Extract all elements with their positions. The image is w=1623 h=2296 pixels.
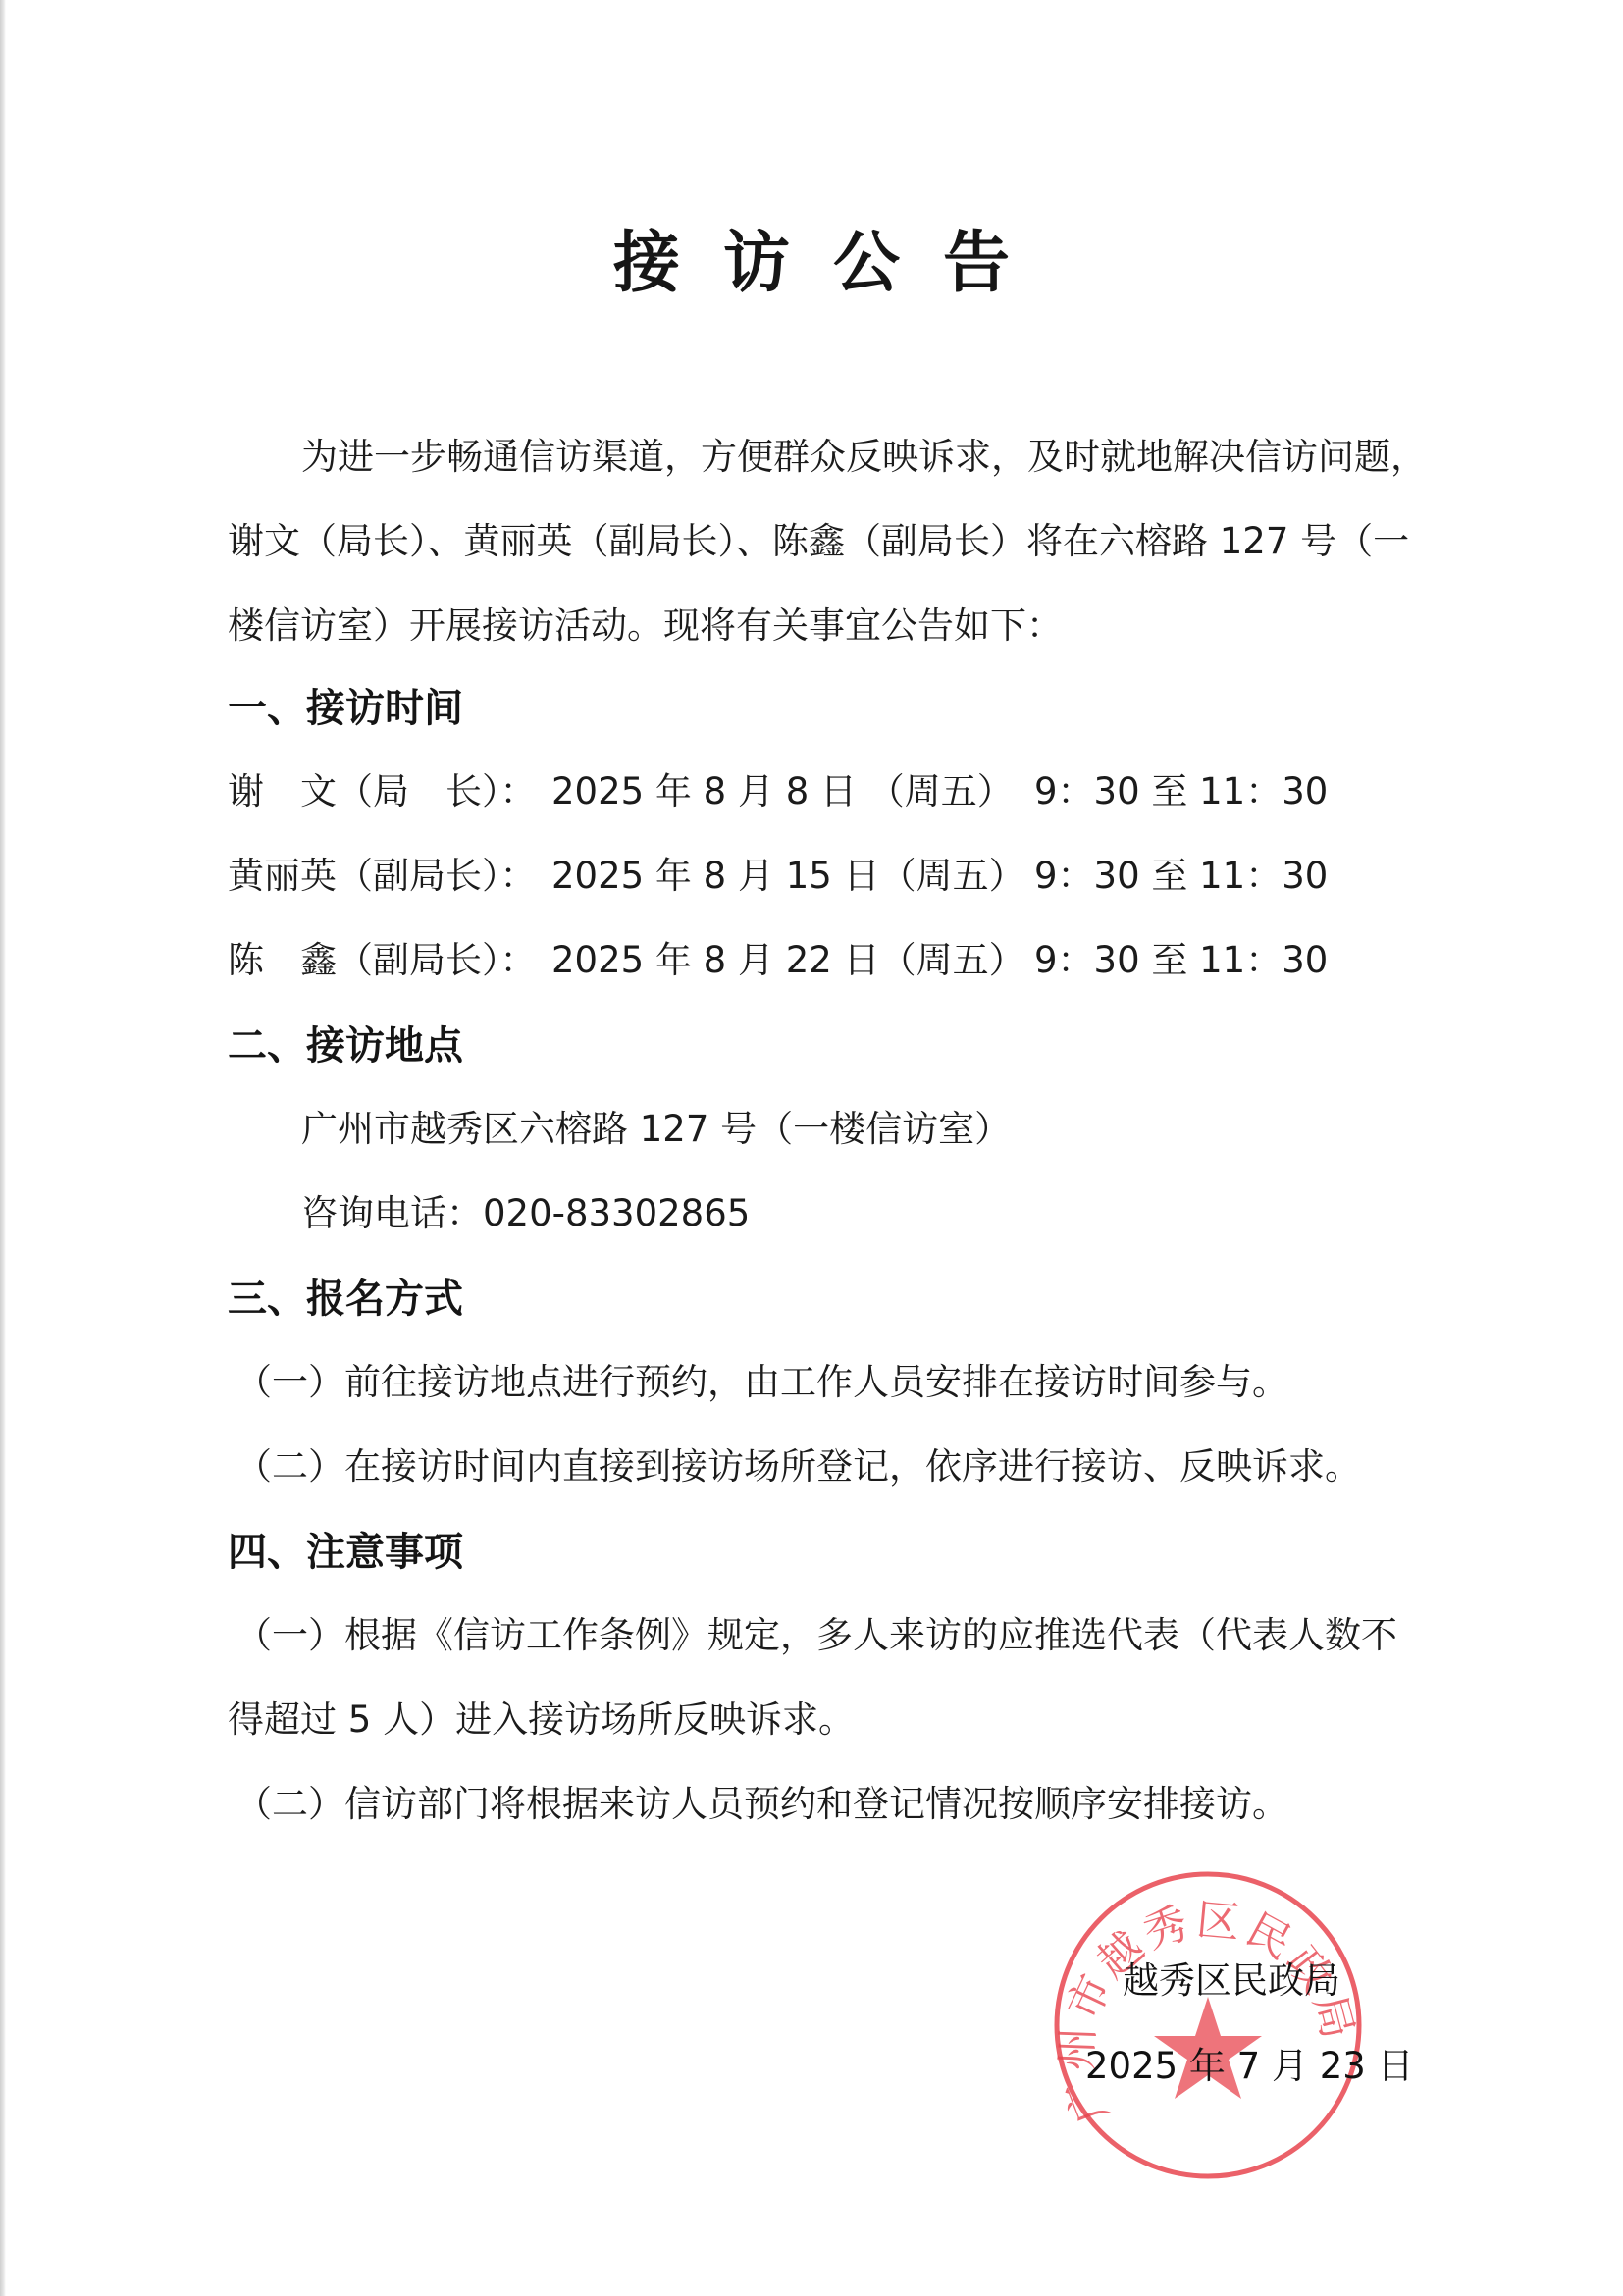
- notes-item-1-line-2: 得超过 5 人）进入接访场所反映诉求。: [228, 1696, 855, 1745]
- issue-date: 2025 年 7 月 23 日: [1085, 2043, 1414, 2090]
- schedule-person: 陈 鑫（副局长）：: [228, 936, 537, 985]
- section-heading-registration: 三、报名方式: [228, 1274, 463, 1325]
- registration-item-2: （二）在接访时间内直接到接访场所登记，依序进行接访、反映诉求。: [236, 1442, 1361, 1491]
- document-title: 接访公告: [0, 224, 1623, 302]
- issuer-name: 越秀区民政局: [1123, 1957, 1340, 2005]
- location-address: 广州市越秀区六榕路 127 号（一楼信访室）: [301, 1105, 1011, 1154]
- schedule-date: 2025 年 8 月 15 日（周五）: [551, 852, 1025, 901]
- notes-item-1-line-1: （一）根据《信访工作条例》规定，多人来访的应推选代表（代表人数不: [236, 1611, 1397, 1660]
- intro-line-2: 谢文（局长）、黄丽英（副局长）、陈鑫（副局长）将在六榕路 127 号（一: [228, 517, 1409, 566]
- registration-item-1: （一）前往接访地点进行预约，由工作人员安排在接访时间参与。: [236, 1358, 1288, 1407]
- schedule-time: 9：30 至 11：30: [1034, 852, 1328, 901]
- section-heading-location: 二、接访地点: [228, 1020, 463, 1071]
- schedule-time: 9：30 至 11：30: [1034, 767, 1328, 816]
- official-seal-icon: 广州市越秀区民政局: [1052, 1869, 1364, 2181]
- schedule-date: 2025 年 8 月 22 日（周五）: [551, 936, 1025, 985]
- schedule-person: 黄丽英（副局长）：: [228, 852, 537, 901]
- notes-item-2: （二）信访部门将根据来访人员预约和登记情况按顺序安排接访。: [236, 1780, 1288, 1829]
- intro-line-3: 楼信访室）开展接访活动。现将有关事宜公告如下：: [228, 601, 1063, 651]
- schedule-date: 2025 年 8 月 8 日 （周五）: [551, 767, 1014, 816]
- notice-page: 接访公告 为进一步畅通信访渠道，方便群众反映诉求，及时就地解决信访问题， 谢文（…: [0, 0, 1623, 2296]
- schedule-person: 谢 文（局 长）：: [228, 767, 537, 816]
- schedule-time: 9：30 至 11：30: [1034, 936, 1328, 985]
- section-heading-time: 一、接访时间: [228, 683, 463, 734]
- intro-line-1: 为进一步畅通信访渠道，方便群众反映诉求，及时就地解决信访问题，: [301, 433, 1427, 482]
- contact-phone: 咨询电话：020-83302865: [301, 1189, 750, 1238]
- section-heading-notes: 四、注意事项: [228, 1527, 463, 1578]
